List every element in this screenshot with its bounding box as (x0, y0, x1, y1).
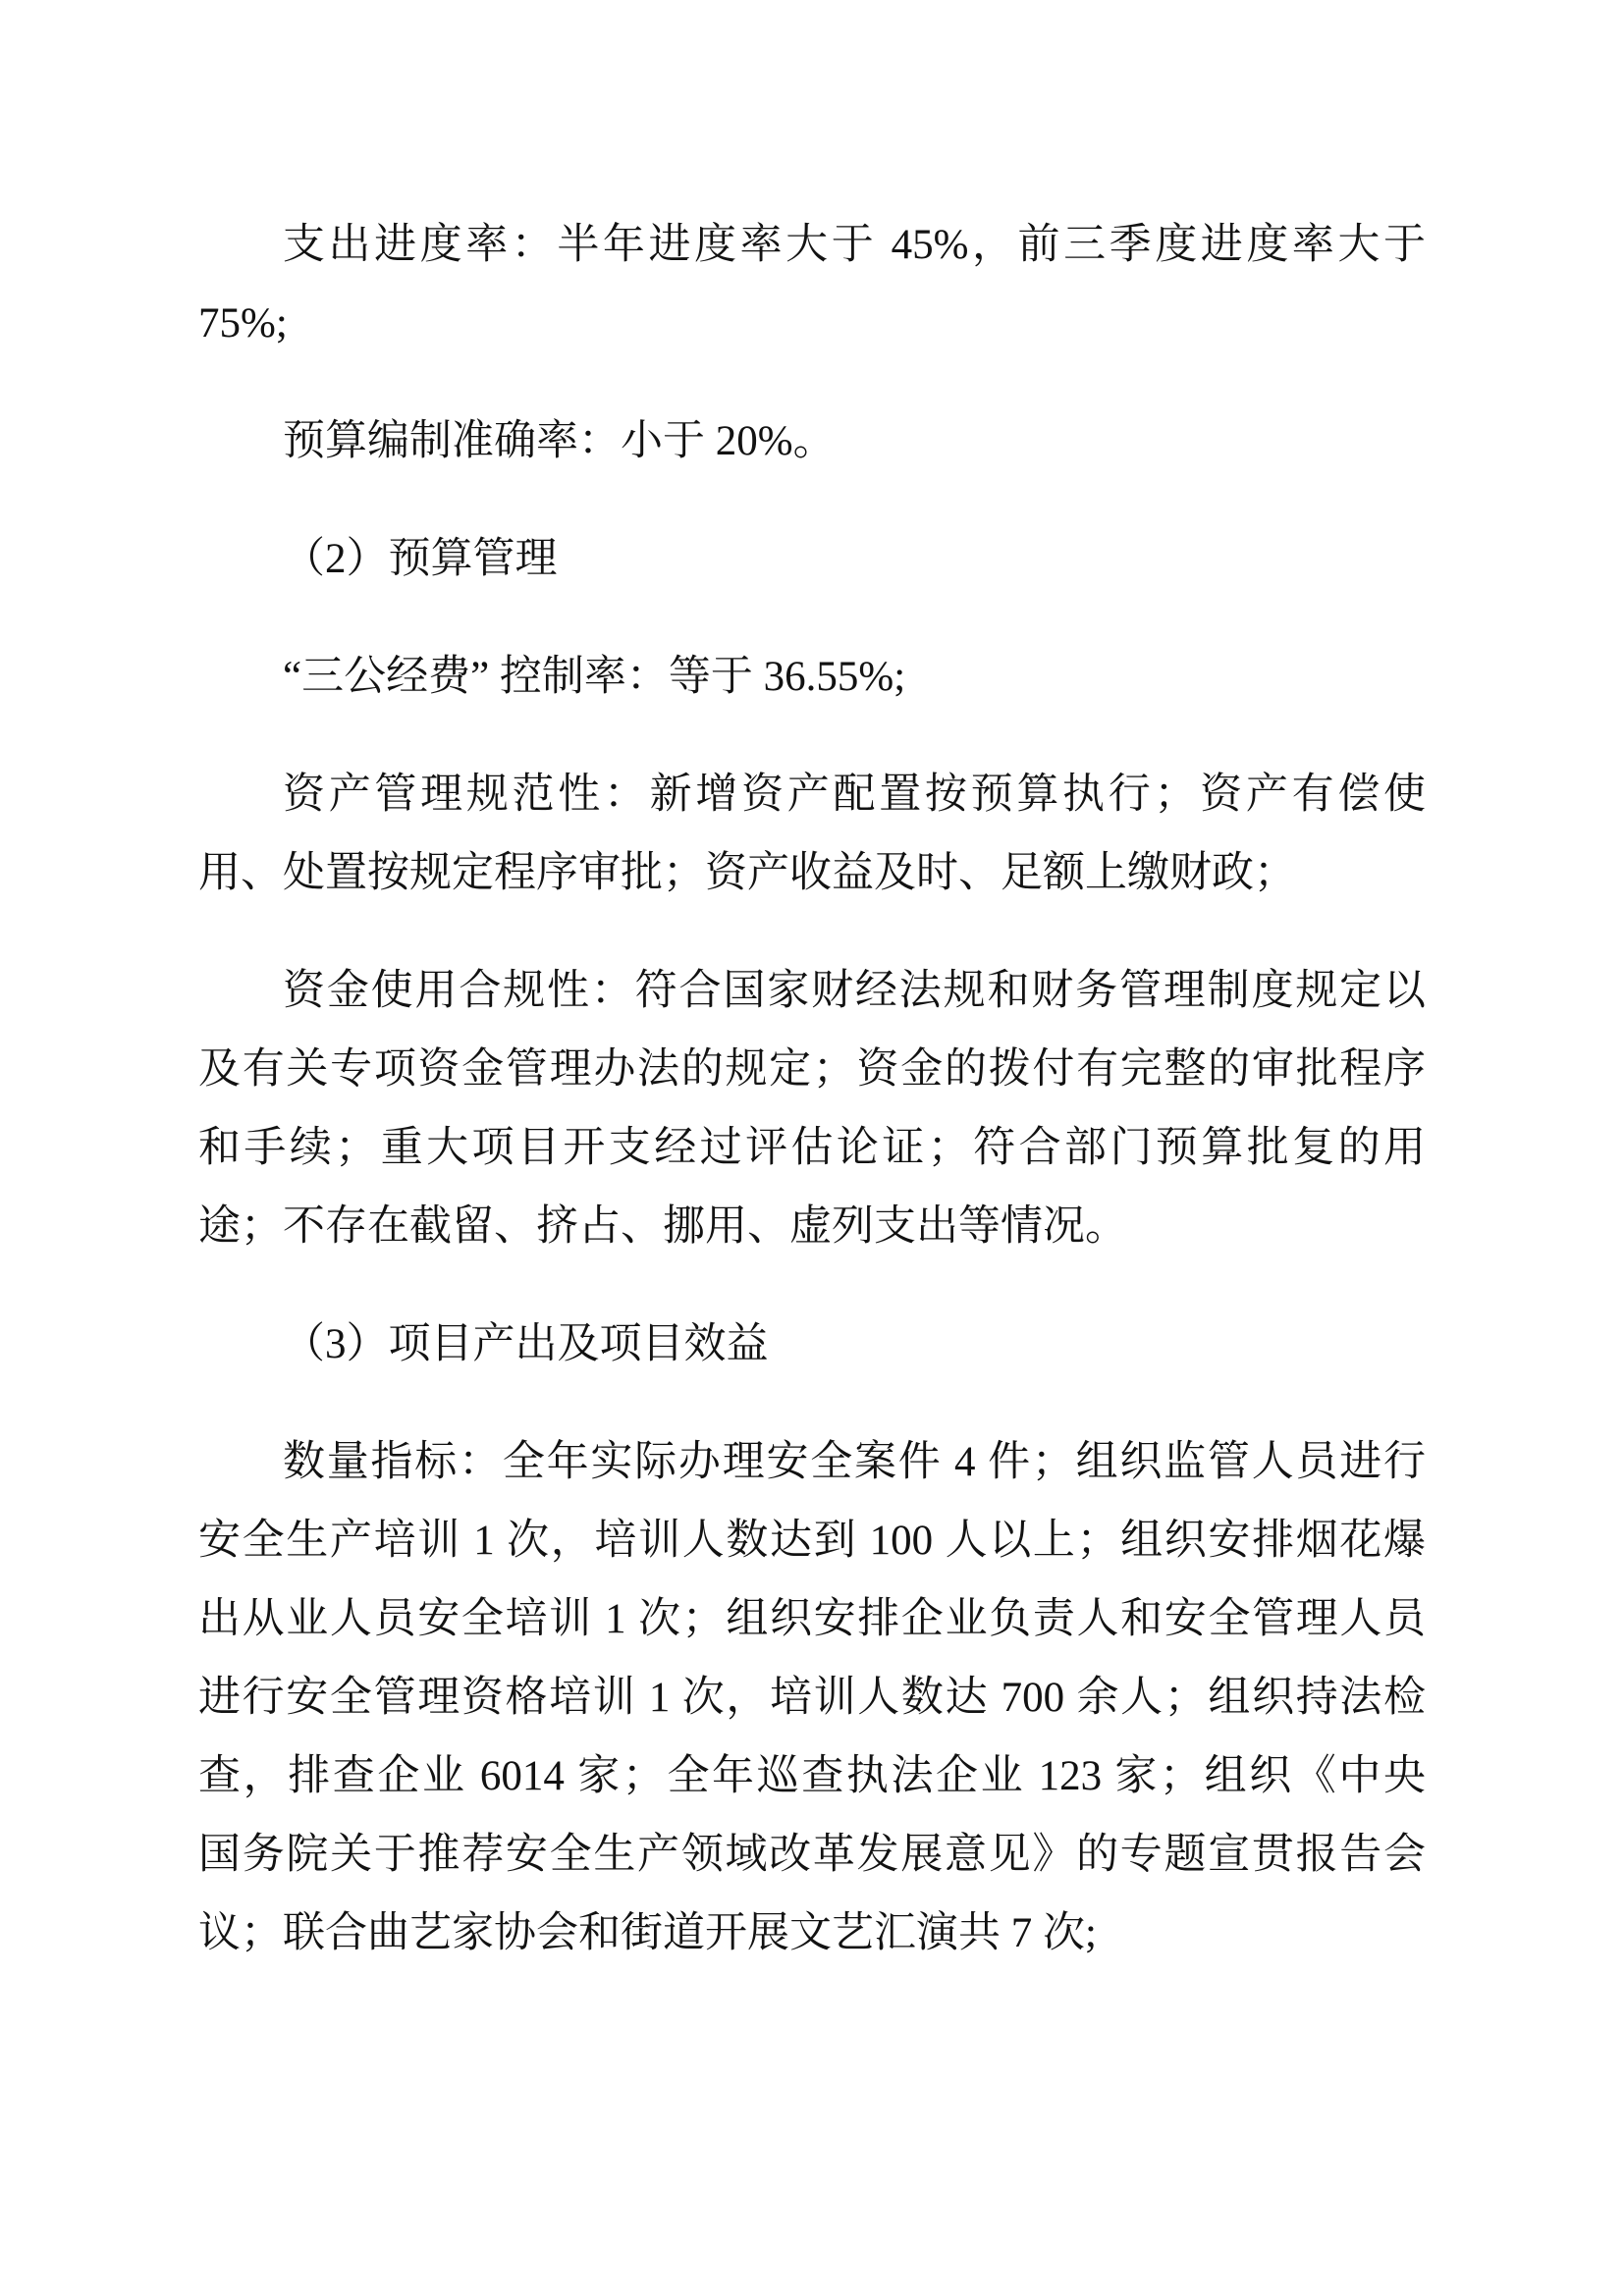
text-line: 数量指标：全年实际办理安全案件 4 件；组织监管人员进行 (198, 1423, 1426, 1502)
heading-budget-management: （2）预算管理 (198, 520, 1426, 599)
text-line: （3）项目产出及项目效益 (198, 1306, 1426, 1384)
text-line: 和手续；重大项目开支经过评估论证；符合部门预算批复的用 (198, 1109, 1426, 1188)
text-line: 及有关专项资金管理办法的规定；资金的拨付有完整的审批程序 (198, 1031, 1426, 1109)
text-line: “三公经费” 控制率：等于 36.55%; (198, 638, 1426, 717)
heading-project-output-benefit: （3）项目产出及项目效益 (198, 1306, 1426, 1384)
text-line: 资产管理规范性：新增资产配置按预算执行；资产有偿使 (198, 756, 1426, 834)
text-line: 预算编制准确率：小于 20%。 (198, 402, 1426, 481)
page-content: 支出进度率：半年进度率大于 45%，前三季度进度率大于 75%; 预算编制准确率… (198, 206, 1426, 2012)
text-line: 75%; (198, 285, 1426, 363)
text-line: 资金使用合规性：符合国家财经法规和财务管理制度规定以 (198, 952, 1426, 1031)
text-line: 支出进度率：半年进度率大于 45%，前三季度进度率大于 (198, 206, 1426, 285)
para-fund-use-compliance: 资金使用合规性：符合国家财经法规和财务管理制度规定以 及有关专项资金管理办法的规… (198, 952, 1426, 1266)
para-quantity-indicators: 数量指标：全年实际办理安全案件 4 件；组织监管人员进行 安全生产培训 1 次，… (198, 1423, 1426, 1973)
text-line: 国务院关于推荐安全生产领域改革发展意见》的专题宣贯报告会 (198, 1816, 1426, 1895)
para-budget-accuracy-rate: 预算编制准确率：小于 20%。 (198, 402, 1426, 481)
para-asset-management-compliance: 资产管理规范性：新增资产配置按预算执行；资产有偿使 用、处置按规定程序审批；资产… (198, 756, 1426, 913)
para-three-public-expense-control: “三公经费” 控制率：等于 36.55%; (198, 638, 1426, 717)
text-line: 查，排查企业 6014 家；全年巡查执法企业 123 家；组织《中央 (198, 1737, 1426, 1816)
text-line: 进行安全管理资格培训 1 次，培训人数达 700 余人；组织持法检 (198, 1659, 1426, 1737)
text-line: （2）预算管理 (198, 520, 1426, 599)
text-line: 议；联合曲艺家协会和街道开展文艺汇演共 7 次; (198, 1895, 1426, 1973)
document-page: 支出进度率：半年进度率大于 45%，前三季度进度率大于 75%; 预算编制准确率… (0, 0, 1624, 2296)
text-line: 用、处置按规定程序审批；资产收益及时、足额上缴财政； (198, 834, 1426, 913)
text-line: 出从业人员安全培训 1 次；组织安排企业负责人和安全管理人员 (198, 1580, 1426, 1659)
text-line: 途；不存在截留、挤占、挪用、虚列支出等情况。 (198, 1188, 1426, 1266)
para-expenditure-progress-rate: 支出进度率：半年进度率大于 45%，前三季度进度率大于 75%; (198, 206, 1426, 363)
text-line: 安全生产培训 1 次，培训人数达到 100 人以上；组织安排烟花爆 (198, 1502, 1426, 1580)
